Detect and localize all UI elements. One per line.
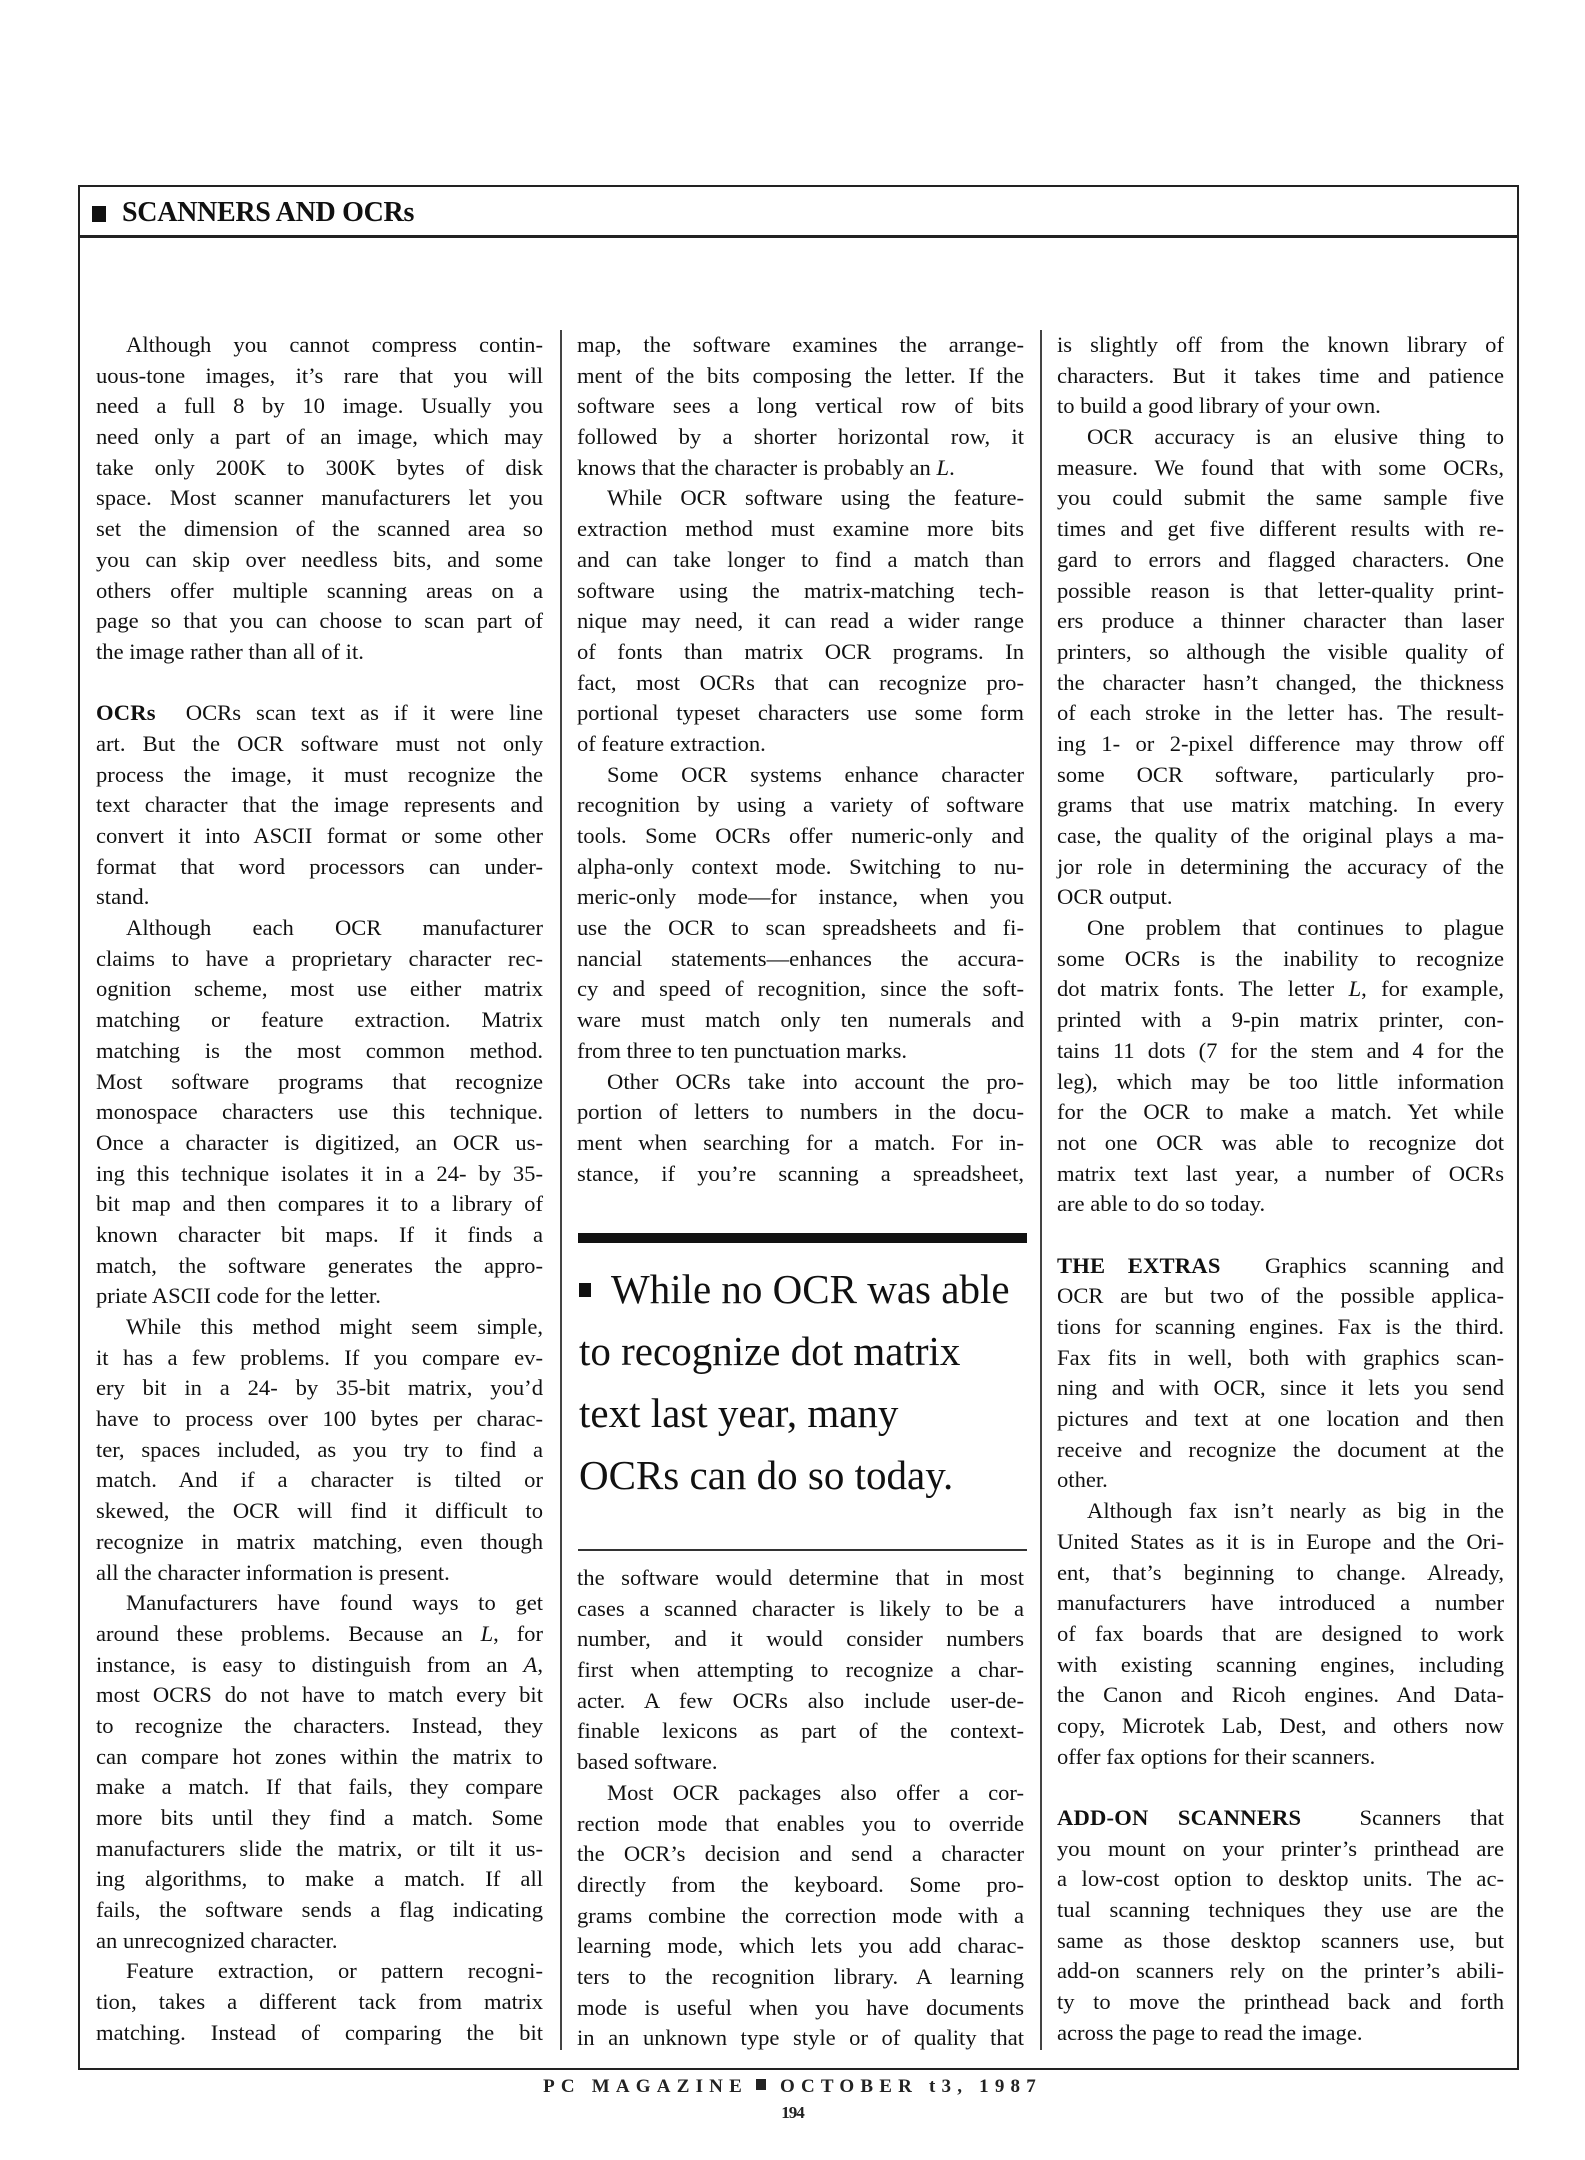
text-line: possible reason is that letter-quality p…: [1057, 576, 1504, 607]
text-line: some OCRs is the inability to recognize: [1057, 944, 1504, 975]
text-line: you can skip over needless bits, and som…: [96, 545, 543, 576]
text-line: matrix text last year, a number of OCRs: [1057, 1159, 1504, 1190]
text-line: ing algorithms, to make a match. If all: [96, 1864, 543, 1895]
text-line: OCR output.: [1057, 882, 1504, 913]
pullquote-line: text last year, many: [579, 1382, 1031, 1444]
text-line: process the image, it must recognize the: [96, 760, 543, 791]
text-line: ment of the bits composing the letter. I…: [577, 361, 1024, 392]
pullquote-text: While no OCR was able: [611, 1266, 1010, 1312]
text-line: to recognize the characters. Instead, th…: [96, 1711, 543, 1742]
text-line: ters to the recognition library. A learn…: [577, 1962, 1024, 1993]
text-line: use the OCR to scan spreadsheets and fi-: [577, 913, 1024, 944]
text-line: the Canon and Ricoh engines. And Data-: [1057, 1680, 1504, 1711]
pullquote-bottom-rule: [578, 1549, 1027, 1551]
subhead-line: ADD-ON SCANNERS Scanners that: [1057, 1803, 1504, 1834]
text-line: most OCRS do not have to match every bit: [96, 1680, 543, 1711]
magazine-name: PC MAGAZINE: [543, 2076, 748, 2097]
text-line: the image rather than all of it.: [96, 637, 543, 668]
text-line: leg), which may be too little informatio…: [1057, 1067, 1504, 1098]
footer-masthead: PC MAGAZINEOCTOBER t3, 1987: [0, 2076, 1585, 2098]
text-line: an unrecognized character.: [96, 1926, 543, 1957]
text-line: ent, that’s beginning to change. Already…: [1057, 1558, 1504, 1589]
text-line: match. And if a character is tilted or: [96, 1465, 543, 1496]
text-line: more bits until they find a match. Some: [96, 1803, 543, 1834]
text-line: knows that the character is probably an …: [577, 453, 1024, 484]
text-line: take only 200K to 300K bytes of disk: [96, 453, 543, 484]
text-line: printers, so although the visible qualit…: [1057, 637, 1504, 668]
text-line: ment when searching for a match. For in-: [577, 1128, 1024, 1159]
text-line: times and get five different results wit…: [1057, 514, 1504, 545]
subhead-body-text: Graphics scanning and: [1221, 1253, 1504, 1278]
article-column-2-bottom: the software would determine that in mos…: [577, 1563, 1024, 2054]
text-line: case, the quality of the original plays …: [1057, 821, 1504, 852]
text-line: skewed, the OCR will find it difficult t…: [96, 1496, 543, 1527]
text-line: Although you cannot compress contin-: [96, 330, 543, 361]
text-line: ers produce a thinner character than las…: [1057, 606, 1504, 637]
text-line: is slightly off from the known library o…: [1057, 330, 1504, 361]
text-line: tion, takes a different tack from matrix: [96, 1987, 543, 2018]
paragraph-gap: [1057, 1220, 1504, 1251]
text-line: measure. We found that with some OCRs,: [1057, 453, 1504, 484]
pullquote-line: OCRs can do so today.: [579, 1444, 1031, 1506]
text-line: from three to ten punctuation marks.: [577, 1036, 1024, 1067]
text-line: space. Most scanner manufacturers let yo…: [96, 483, 543, 514]
text-line: receive and recognize the document at th…: [1057, 1435, 1504, 1466]
text-line: While OCR software using the feature-: [577, 483, 1024, 514]
subhead-line: THE EXTRAS Graphics scanning and: [1057, 1251, 1504, 1282]
text-line: cy and speed of recognition, since the s…: [577, 974, 1024, 1005]
text-line: tions for scanning engines. Fax is the t…: [1057, 1312, 1504, 1343]
text-line: bit map and then compares it to a librar…: [96, 1189, 543, 1220]
pullquote-text: text last year, many: [579, 1390, 898, 1436]
text-line: mode is useful when you have documents: [577, 1993, 1024, 2024]
section-subhead: OCRs: [96, 700, 156, 725]
text-line: around these problems. Because an L, for: [96, 1619, 543, 1650]
text-line: Fax fits in well, both with graphics sca…: [1057, 1343, 1504, 1374]
text-line: art. But the OCR software must not only: [96, 729, 543, 760]
text-line: portion of letters to numbers in the doc…: [577, 1097, 1024, 1128]
issue-date: OCTOBER t3, 1987: [780, 2076, 1042, 2097]
text-line: matching or feature extraction. Matrix: [96, 1005, 543, 1036]
text-line: alpha-only context mode. Switching to nu…: [577, 852, 1024, 883]
section-header: SCANNERS AND OCRs: [92, 193, 414, 233]
text-line: need only a part of an image, which may: [96, 422, 543, 453]
square-bullet-icon: [756, 2079, 766, 2090]
text-line: of fonts than matrix OCR programs. In: [577, 637, 1024, 668]
text-line: copy, Microtek Lab, Dest, and others now: [1057, 1711, 1504, 1742]
text-line: are able to do so today.: [1057, 1189, 1504, 1220]
text-line: jor role in determining the accuracy of …: [1057, 852, 1504, 883]
text-line: United States as it is in Europe and the…: [1057, 1527, 1504, 1558]
text-line: grams that use matrix matching. In every: [1057, 790, 1504, 821]
text-line: and can take longer to find a match than: [577, 545, 1024, 576]
text-line: recognize in matrix matching, even thoug…: [96, 1527, 543, 1558]
text-line: software using the matrix-matching tech-: [577, 576, 1024, 607]
text-line: acter. A few OCRs also include user-de-: [577, 1686, 1024, 1717]
text-line: you mount on your printer’s printhead ar…: [1057, 1834, 1504, 1865]
text-line: monospace characters use this technique.: [96, 1097, 543, 1128]
text-line: Other OCRs take into account the pro-: [577, 1067, 1024, 1098]
text-line: Most software programs that recognize: [96, 1067, 543, 1098]
text-line: recognition by using a variety of softwa…: [577, 790, 1024, 821]
text-line: OCR accuracy is an elusive thing to: [1057, 422, 1504, 453]
subhead-line: OCRs OCRs scan text as if it were line: [96, 698, 543, 729]
text-line: make a match. If that fails, they compar…: [96, 1772, 543, 1803]
square-bullet-icon: [579, 1283, 591, 1297]
text-line: in an unknown type style or of quality t…: [577, 2023, 1024, 2054]
page-number: 194: [0, 2103, 1585, 2123]
text-line: fact, most OCRs that can recognize pro-: [577, 668, 1024, 699]
pullquote-text: OCRs can do so today.: [579, 1452, 953, 1498]
text-line: ter, spaces included, as you try to find…: [96, 1435, 543, 1466]
text-line: Feature extraction, or pattern recogni-: [96, 1956, 543, 1987]
text-line: have to process over 100 bytes per chara…: [96, 1404, 543, 1435]
header-rule: [78, 235, 1519, 238]
text-line: to build a good library of your own.: [1057, 391, 1504, 422]
text-line: matching. Instead of comparing the bit: [96, 2018, 543, 2049]
subhead-body-text: OCRs scan text as if it were line: [156, 700, 543, 725]
text-line: the character hasn’t changed, the thickn…: [1057, 668, 1504, 699]
text-line: same as those desktop scanners use, but: [1057, 1926, 1504, 1957]
text-line: directly from the keyboard. Some pro-: [577, 1870, 1024, 1901]
text-line: convert it into ASCII format or some oth…: [96, 821, 543, 852]
article-column-2-top: map, the software examines the arrange-m…: [577, 330, 1024, 1189]
text-line: ware must match only ten numerals and: [577, 1005, 1024, 1036]
text-line: known character bit maps. If it finds a: [96, 1220, 543, 1251]
text-line: the OCR’s decision and send a character: [577, 1839, 1024, 1870]
text-line: match, the software generates the appro-: [96, 1251, 543, 1282]
text-line: first when attempting to recognize a cha…: [577, 1655, 1024, 1686]
text-line: nique may need, it can read a wider rang…: [577, 606, 1024, 637]
text-line: Although each OCR manufacturer: [96, 913, 543, 944]
text-line: instance, is easy to distinguish from an…: [96, 1650, 543, 1681]
text-line: One problem that continues to plague: [1057, 913, 1504, 944]
text-line: can compare hot zones within the matrix …: [96, 1742, 543, 1773]
pullquote-top-rule: [578, 1233, 1027, 1243]
text-line: of fax boards that are designed to work: [1057, 1619, 1504, 1650]
text-line: ognition scheme, most use either matrix: [96, 974, 543, 1005]
text-line: priate ASCII code for the letter.: [96, 1281, 543, 1312]
text-line: cases a scanned character is likely to b…: [577, 1594, 1024, 1625]
text-line: portional typeset characters use some fo…: [577, 698, 1024, 729]
text-line: ing 1- or 2-pixel difference may throw o…: [1057, 729, 1504, 760]
text-line: manufacturers have introduced a number: [1057, 1588, 1504, 1619]
text-line: you could submit the same sample five: [1057, 483, 1504, 514]
text-line: claims to have a proprietary character r…: [96, 944, 543, 975]
text-line: need a full 8 by 10 image. Usually you: [96, 391, 543, 422]
text-line: Once a character is digitized, an OCR us…: [96, 1128, 543, 1159]
text-line: for the OCR to make a match. Yet while: [1057, 1097, 1504, 1128]
text-line: learning mode, which lets you add charac…: [577, 1931, 1024, 1962]
text-line: matching is the most common method.: [96, 1036, 543, 1067]
text-line: format that word processors can under-: [96, 852, 543, 883]
text-line: set the dimension of the scanned area so: [96, 514, 543, 545]
text-line: nancial statements—enhances the accura-: [577, 944, 1024, 975]
text-line: extraction method must examine more bits: [577, 514, 1024, 545]
paragraph-gap: [96, 668, 543, 699]
text-line: offer fax options for their scanners.: [1057, 1742, 1504, 1773]
text-line: based software.: [577, 1747, 1024, 1778]
text-line: tools. Some OCRs offer numeric-only and: [577, 821, 1024, 852]
text-line: followed by a shorter horizontal row, it: [577, 422, 1024, 453]
article-column-1: Although you cannot compress contin-uous…: [96, 330, 543, 2049]
text-line: stand.: [96, 882, 543, 913]
text-line: tual scanning techniques they use are th…: [1057, 1895, 1504, 1926]
text-line: of feature extraction.: [577, 729, 1024, 760]
text-line: ning and with OCR, since it lets you sen…: [1057, 1373, 1504, 1404]
text-line: add-on scanners rely on the printer’s ab…: [1057, 1956, 1504, 1987]
article-column-3: is slightly off from the known library o…: [1057, 330, 1504, 2049]
text-line: with existing scanning engines, includin…: [1057, 1650, 1504, 1681]
text-line: ty to move the printhead back and forth: [1057, 1987, 1504, 2018]
text-line: across the page to read the image.: [1057, 2018, 1504, 2049]
text-line: page so that you can choose to scan part…: [96, 606, 543, 637]
text-line: number, and it would consider numbers: [577, 1624, 1024, 1655]
text-line: not one OCR was able to recognize dot: [1057, 1128, 1504, 1159]
pullquote-line: to recognize dot matrix: [579, 1320, 1031, 1382]
paragraph-gap: [1057, 1772, 1504, 1803]
text-line: finable lexicons as part of the context-: [577, 1716, 1024, 1747]
pullquote: While no OCR was ableto recognize dot ma…: [579, 1258, 1031, 1506]
text-line: of each stroke in the letter has. The re…: [1057, 698, 1504, 729]
text-line: Some OCR systems enhance character: [577, 760, 1024, 791]
text-line: dot matrix fonts. The letter L, for exam…: [1057, 974, 1504, 1005]
section-subhead: ADD-ON SCANNERS: [1057, 1805, 1301, 1830]
subhead-body-text: Scanners that: [1301, 1805, 1504, 1830]
section-subhead: THE EXTRAS: [1057, 1253, 1221, 1278]
text-line: pictures and text at one location and th…: [1057, 1404, 1504, 1435]
text-line: Manufacturers have found ways to get: [96, 1588, 543, 1619]
text-line: While this method might seem simple,: [96, 1312, 543, 1343]
text-line: rection mode that enables you to overrid…: [577, 1809, 1024, 1840]
column-divider-2: [1040, 330, 1042, 2050]
text-line: text character that the image represents…: [96, 790, 543, 821]
text-line: fails, the software sends a flag indicat…: [96, 1895, 543, 1926]
pullquote-text: to recognize dot matrix: [579, 1328, 960, 1374]
section-title: SCANNERS AND OCRs: [122, 197, 414, 229]
text-line: stance, if you’re scanning a spreadsheet…: [577, 1159, 1024, 1190]
pullquote-line: While no OCR was able: [579, 1258, 1031, 1320]
text-line: gard to errors and flagged characters. O…: [1057, 545, 1504, 576]
text-line: map, the software examines the arrange-: [577, 330, 1024, 361]
square-bullet-icon: [92, 206, 106, 222]
text-line: OCR are but two of the possible applica-: [1057, 1281, 1504, 1312]
text-line: uous-tone images, it’s rare that you wil…: [96, 361, 543, 392]
text-line: all the character information is present…: [96, 1558, 543, 1589]
text-line: some OCR software, particularly pro-: [1057, 760, 1504, 791]
text-line: tains 11 dots (7 for the stem and 4 for …: [1057, 1036, 1504, 1067]
text-line: printed with a 9-pin matrix printer, con…: [1057, 1005, 1504, 1036]
text-line: meric-only mode—for instance, when you: [577, 882, 1024, 913]
column-divider-1: [560, 330, 562, 2050]
text-line: it has a few problems. If you compare ev…: [96, 1343, 543, 1374]
text-line: Although fax isn’t nearly as big in the: [1057, 1496, 1504, 1527]
text-line: Most OCR packages also offer a cor-: [577, 1778, 1024, 1809]
text-line: a low-cost option to desktop units. The …: [1057, 1864, 1504, 1895]
text-line: others offer multiple scanning areas on …: [96, 576, 543, 607]
text-line: manufacturers slide the matrix, or tilt …: [96, 1834, 543, 1865]
text-line: characters. But it takes time and patien…: [1057, 361, 1504, 392]
text-line: other.: [1057, 1465, 1504, 1496]
text-line: the software would determine that in mos…: [577, 1563, 1024, 1594]
text-line: ing this technique isolates it in a 24- …: [96, 1159, 543, 1190]
text-line: ery bit in a 24- by 35-bit matrix, you’d: [96, 1373, 543, 1404]
text-line: grams combine the correction mode with a: [577, 1901, 1024, 1932]
text-line: software sees a long vertical row of bit…: [577, 391, 1024, 422]
